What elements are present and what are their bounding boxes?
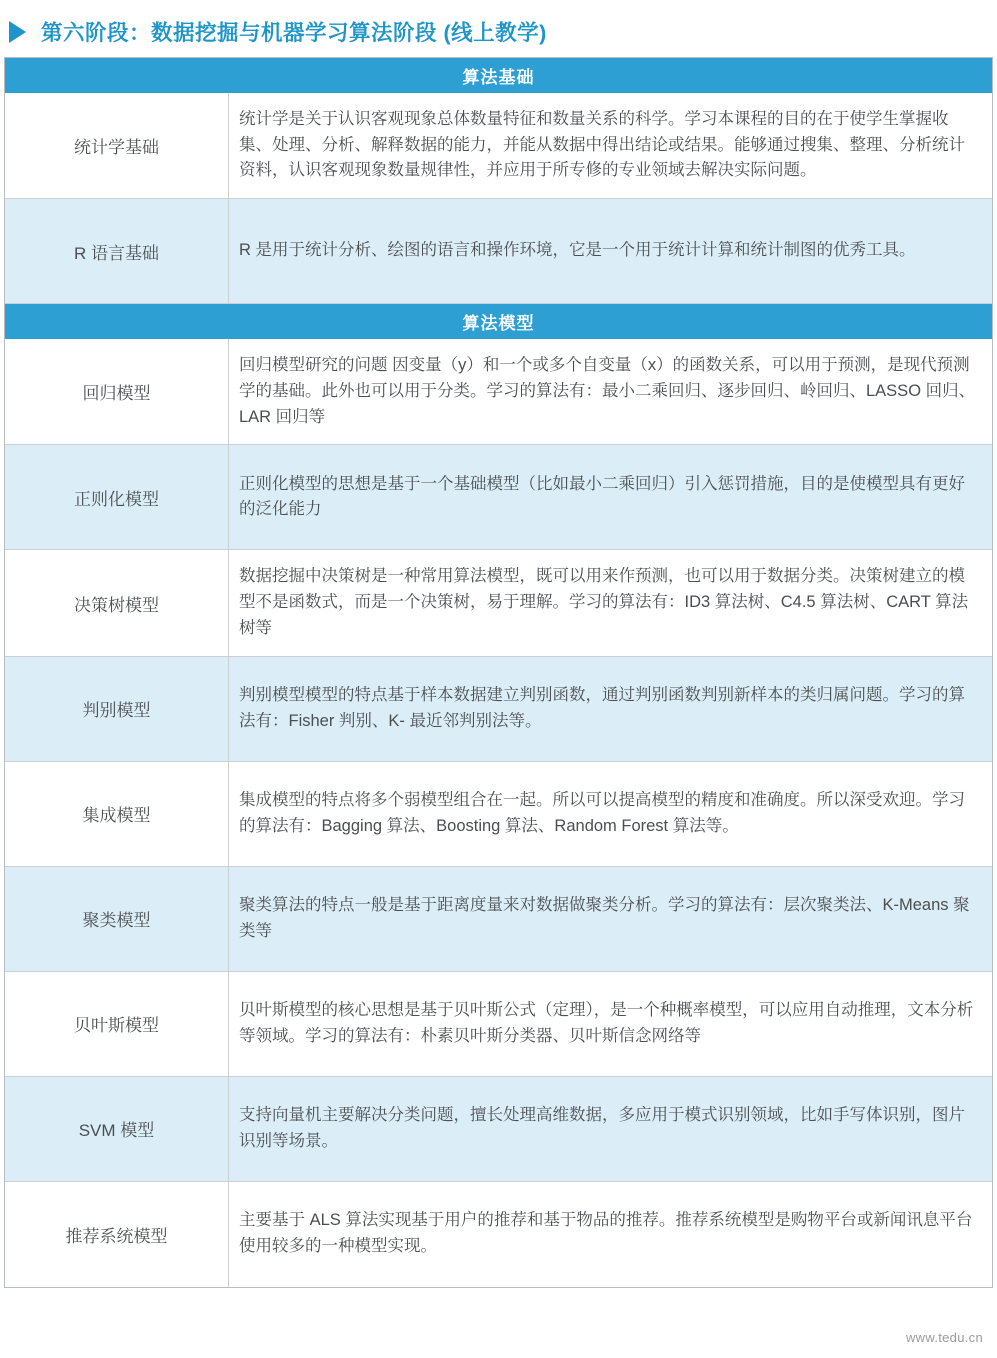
course-description: 数据挖掘中决策树是一种常用算法模型，既可以用来作预测，也可以用于数据分类。决策树… bbox=[229, 550, 992, 655]
course-description: 聚类算法的特点一般是基于距离度量来对数据做聚类分析。学习的算法有：层次聚类法、K… bbox=[229, 867, 992, 971]
course-name: 回归模型 bbox=[5, 339, 229, 444]
course-description: 主要基于 ALS 算法实现基于用户的推荐和基于物品的推荐。推荐系统模型是购物平台… bbox=[229, 1182, 992, 1287]
course-name: 集成模型 bbox=[5, 762, 229, 866]
table-row: 正则化模型正则化模型的思想是基于一个基础模型（比如最小二乘回归）引入惩罚措施，目… bbox=[5, 445, 992, 550]
table-row: 回归模型回归模型研究的问题 因变量（y）和一个或多个自变量（x）的函数关系，可以… bbox=[5, 339, 992, 445]
course-description: 支持向量机主要解决分类问题，擅长处理高维数据，多应用于模式识别领域，比如手写体识… bbox=[229, 1077, 992, 1181]
course-name: 推荐系统模型 bbox=[5, 1182, 229, 1287]
course-name: SVM 模型 bbox=[5, 1077, 229, 1181]
course-name: 聚类模型 bbox=[5, 867, 229, 971]
section-header: 算法基础 bbox=[5, 58, 992, 93]
table-row: R 语言基础R 是用于统计分析、绘图的语言和操作环境，它是一个用于统计计算和统计… bbox=[5, 199, 992, 304]
course-name: 贝叶斯模型 bbox=[5, 972, 229, 1076]
course-description: 集成模型的特点将多个弱模型组合在一起。所以可以提高模型的精度和准确度。所以深受欢… bbox=[229, 762, 992, 866]
course-name: R 语言基础 bbox=[5, 199, 229, 303]
table-row: SVM 模型支持向量机主要解决分类问题，擅长处理高维数据，多应用于模式识别领域，… bbox=[5, 1077, 992, 1182]
table-row: 决策树模型数据挖掘中决策树是一种常用算法模型，既可以用来作预测，也可以用于数据分… bbox=[5, 550, 992, 656]
course-name: 正则化模型 bbox=[5, 445, 229, 549]
page-title: 第六阶段：数据挖掘与机器学习算法阶段 (线上教学) bbox=[41, 16, 547, 47]
page-header: 第六阶段：数据挖掘与机器学习算法阶段 (线上教学) bbox=[0, 0, 997, 50]
website-url: www.tedu.cn bbox=[906, 1330, 983, 1345]
course-description: 贝叶斯模型的核心思想是基于贝叶斯公式（定理），是一个种概率模型，可以应用自动推理… bbox=[229, 972, 992, 1076]
course-description: 正则化模型的思想是基于一个基础模型（比如最小二乘回归）引入惩罚措施，目的是使模型… bbox=[229, 445, 992, 549]
curriculum-table: 算法基础统计学基础统计学是关于认识客观现象总体数量特征和数量关系的科学。学习本课… bbox=[4, 57, 993, 1288]
table-row: 推荐系统模型主要基于 ALS 算法实现基于用户的推荐和基于物品的推荐。推荐系统模… bbox=[5, 1182, 992, 1287]
triangle-bullet-icon bbox=[9, 21, 26, 43]
table-row: 贝叶斯模型贝叶斯模型的核心思想是基于贝叶斯公式（定理），是一个种概率模型，可以应… bbox=[5, 972, 992, 1077]
course-description: 统计学是关于认识客观现象总体数量特征和数量关系的科学。学习本课程的目的在于使学生… bbox=[229, 93, 992, 198]
course-name: 判别模型 bbox=[5, 657, 229, 761]
course-name: 统计学基础 bbox=[5, 93, 229, 198]
table-row: 聚类模型聚类算法的特点一般是基于距离度量来对数据做聚类分析。学习的算法有：层次聚… bbox=[5, 867, 992, 972]
table-row: 统计学基础统计学是关于认识客观现象总体数量特征和数量关系的科学。学习本课程的目的… bbox=[5, 93, 992, 199]
course-name: 决策树模型 bbox=[5, 550, 229, 655]
table-row: 集成模型集成模型的特点将多个弱模型组合在一起。所以可以提高模型的精度和准确度。所… bbox=[5, 762, 992, 867]
course-description: 回归模型研究的问题 因变量（y）和一个或多个自变量（x）的函数关系，可以用于预测… bbox=[229, 339, 992, 444]
table-row: 判别模型判别模型模型的特点基于样本数据建立判别函数，通过判别函数判别新样本的类归… bbox=[5, 657, 992, 762]
section-header: 算法模型 bbox=[5, 304, 992, 339]
course-description: 判别模型模型的特点基于样本数据建立判别函数，通过判别函数判别新样本的类归属问题。… bbox=[229, 657, 992, 761]
page-footer: www.tedu.cn bbox=[906, 1330, 983, 1345]
course-description: R 是用于统计分析、绘图的语言和操作环境，它是一个用于统计计算和统计制图的优秀工… bbox=[229, 199, 992, 303]
